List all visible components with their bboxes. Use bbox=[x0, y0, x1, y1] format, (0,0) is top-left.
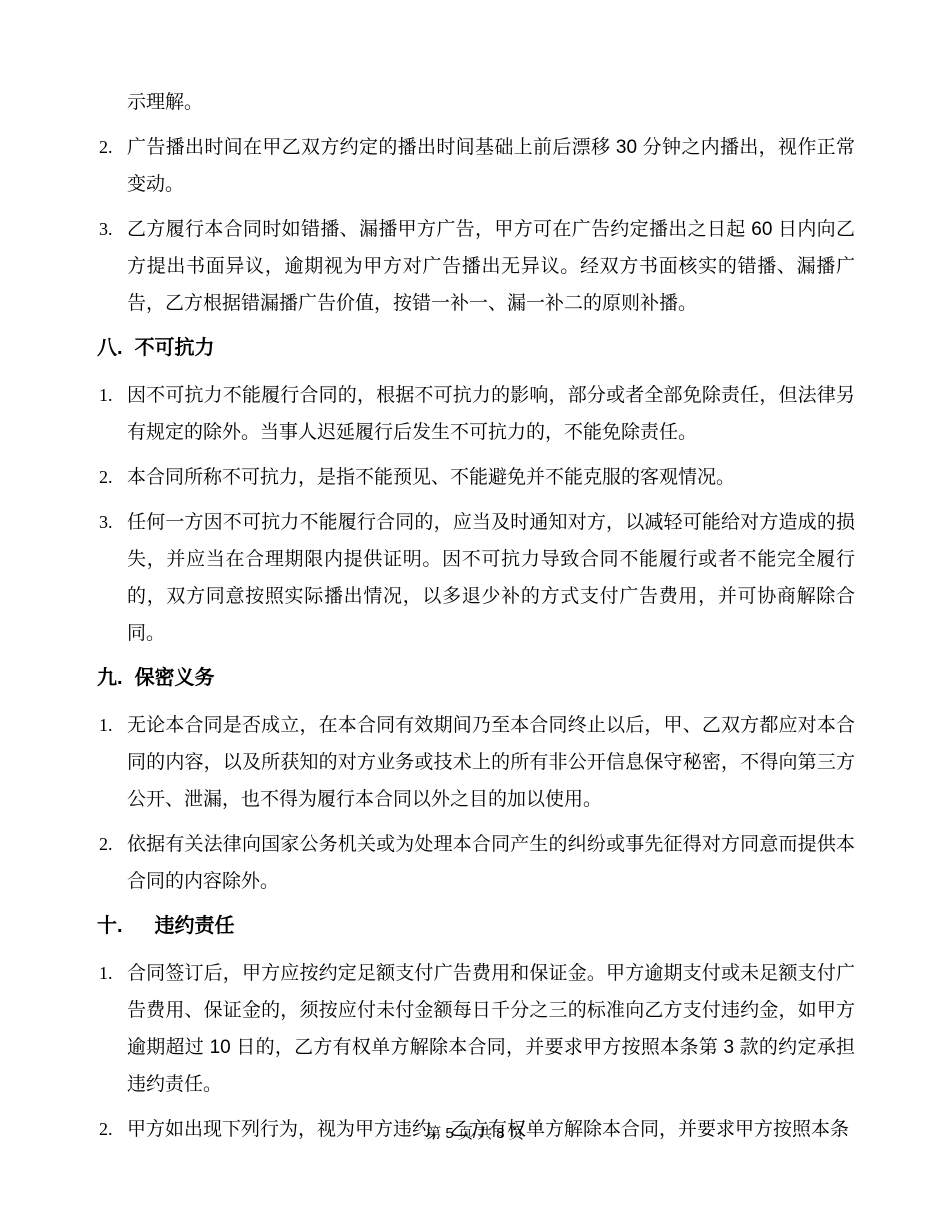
list-item-text: 本合同所称不可抗力，是指不能预见、不能避免并不能克服的客观情况。 bbox=[127, 459, 855, 496]
list-item-number: 1. bbox=[97, 377, 127, 451]
list-item: 1. 合同签订后，甲方应按约定足额支付广告费用和保证金。甲方逾期支付或未足额支付… bbox=[97, 955, 855, 1103]
list-item-text: 乙方履行本合同时如错播、漏播甲方广告，甲方可在广告约定播出之日起 60 日内向乙… bbox=[127, 211, 855, 322]
list-item-text: 广告播出时间在甲乙双方约定的播出时间基础上前后漂移 30 分钟之内播出，视作正常… bbox=[127, 129, 855, 203]
contract-page-body: 示理解。 2. 广告播出时间在甲乙双方约定的播出时间基础上前后漂移 30 分钟之… bbox=[97, 84, 855, 1156]
section-title: 保密义务 bbox=[135, 660, 215, 697]
list-item-text: 因不可抗力不能履行合同的，根据不可抗力的影响，部分或者全部免除责任，但法律另有规… bbox=[127, 377, 855, 451]
section-heading-force-majeure: 八. 不可抗力 bbox=[97, 330, 855, 367]
list-item-number: 2. bbox=[97, 459, 127, 496]
section-title: 不可抗力 bbox=[135, 330, 215, 367]
list-item-number: 2. bbox=[97, 826, 127, 900]
list-item: 2. 广告播出时间在甲乙双方约定的播出时间基础上前后漂移 30 分钟之内播出，视… bbox=[97, 129, 855, 203]
list-item-text: 依据有关法律向国家公务机关或为处理本合同产生的纠纷或事先征得对方同意而提供本合同… bbox=[127, 826, 855, 900]
page-number-footer: 第 5 页/共 8 页 bbox=[0, 1122, 950, 1146]
section-heading-confidentiality: 九. 保密义务 bbox=[97, 660, 855, 697]
section-number: 九. bbox=[97, 660, 123, 697]
section-heading-breach-liability: 十. 违约责任 bbox=[97, 908, 855, 945]
section-number: 十. bbox=[97, 908, 123, 945]
list-item-number: 3. bbox=[97, 504, 127, 652]
list-item-number: 1. bbox=[97, 955, 127, 1103]
list-item-number: 3. bbox=[97, 211, 127, 322]
list-item: 3. 任何一方因不可抗力不能履行合同的，应当及时通知对方，以减轻可能给对方造成的… bbox=[97, 504, 855, 652]
list-item: 3. 乙方履行本合同时如错播、漏播甲方广告，甲方可在广告约定播出之日起 60 日… bbox=[97, 211, 855, 322]
list-item-text: 任何一方因不可抗力不能履行合同的，应当及时通知对方，以减轻可能给对方造成的损失，… bbox=[127, 504, 855, 652]
paragraph-continuation: 示理解。 bbox=[127, 84, 855, 121]
list-item: 1. 因不可抗力不能履行合同的，根据不可抗力的影响，部分或者全部免除责任，但法律… bbox=[97, 377, 855, 451]
section-title: 违约责任 bbox=[155, 908, 235, 945]
list-item-number: 1. bbox=[97, 707, 127, 818]
list-item-text: 无论本合同是否成立，在本合同有效期间乃至本合同终止以后，甲、乙双方都应对本合同的… bbox=[127, 707, 855, 818]
list-item: 2. 依据有关法律向国家公务机关或为处理本合同产生的纠纷或事先征得对方同意而提供… bbox=[97, 826, 855, 900]
list-item: 1. 无论本合同是否成立，在本合同有效期间乃至本合同终止以后，甲、乙双方都应对本… bbox=[97, 707, 855, 818]
list-item-number: 2. bbox=[97, 129, 127, 203]
list-item-text: 合同签订后，甲方应按约定足额支付广告费用和保证金。甲方逾期支付或未足额支付广告费… bbox=[127, 955, 855, 1103]
section-number: 八. bbox=[97, 330, 123, 367]
list-item: 2. 本合同所称不可抗力，是指不能预见、不能避免并不能克服的客观情况。 bbox=[97, 459, 855, 496]
